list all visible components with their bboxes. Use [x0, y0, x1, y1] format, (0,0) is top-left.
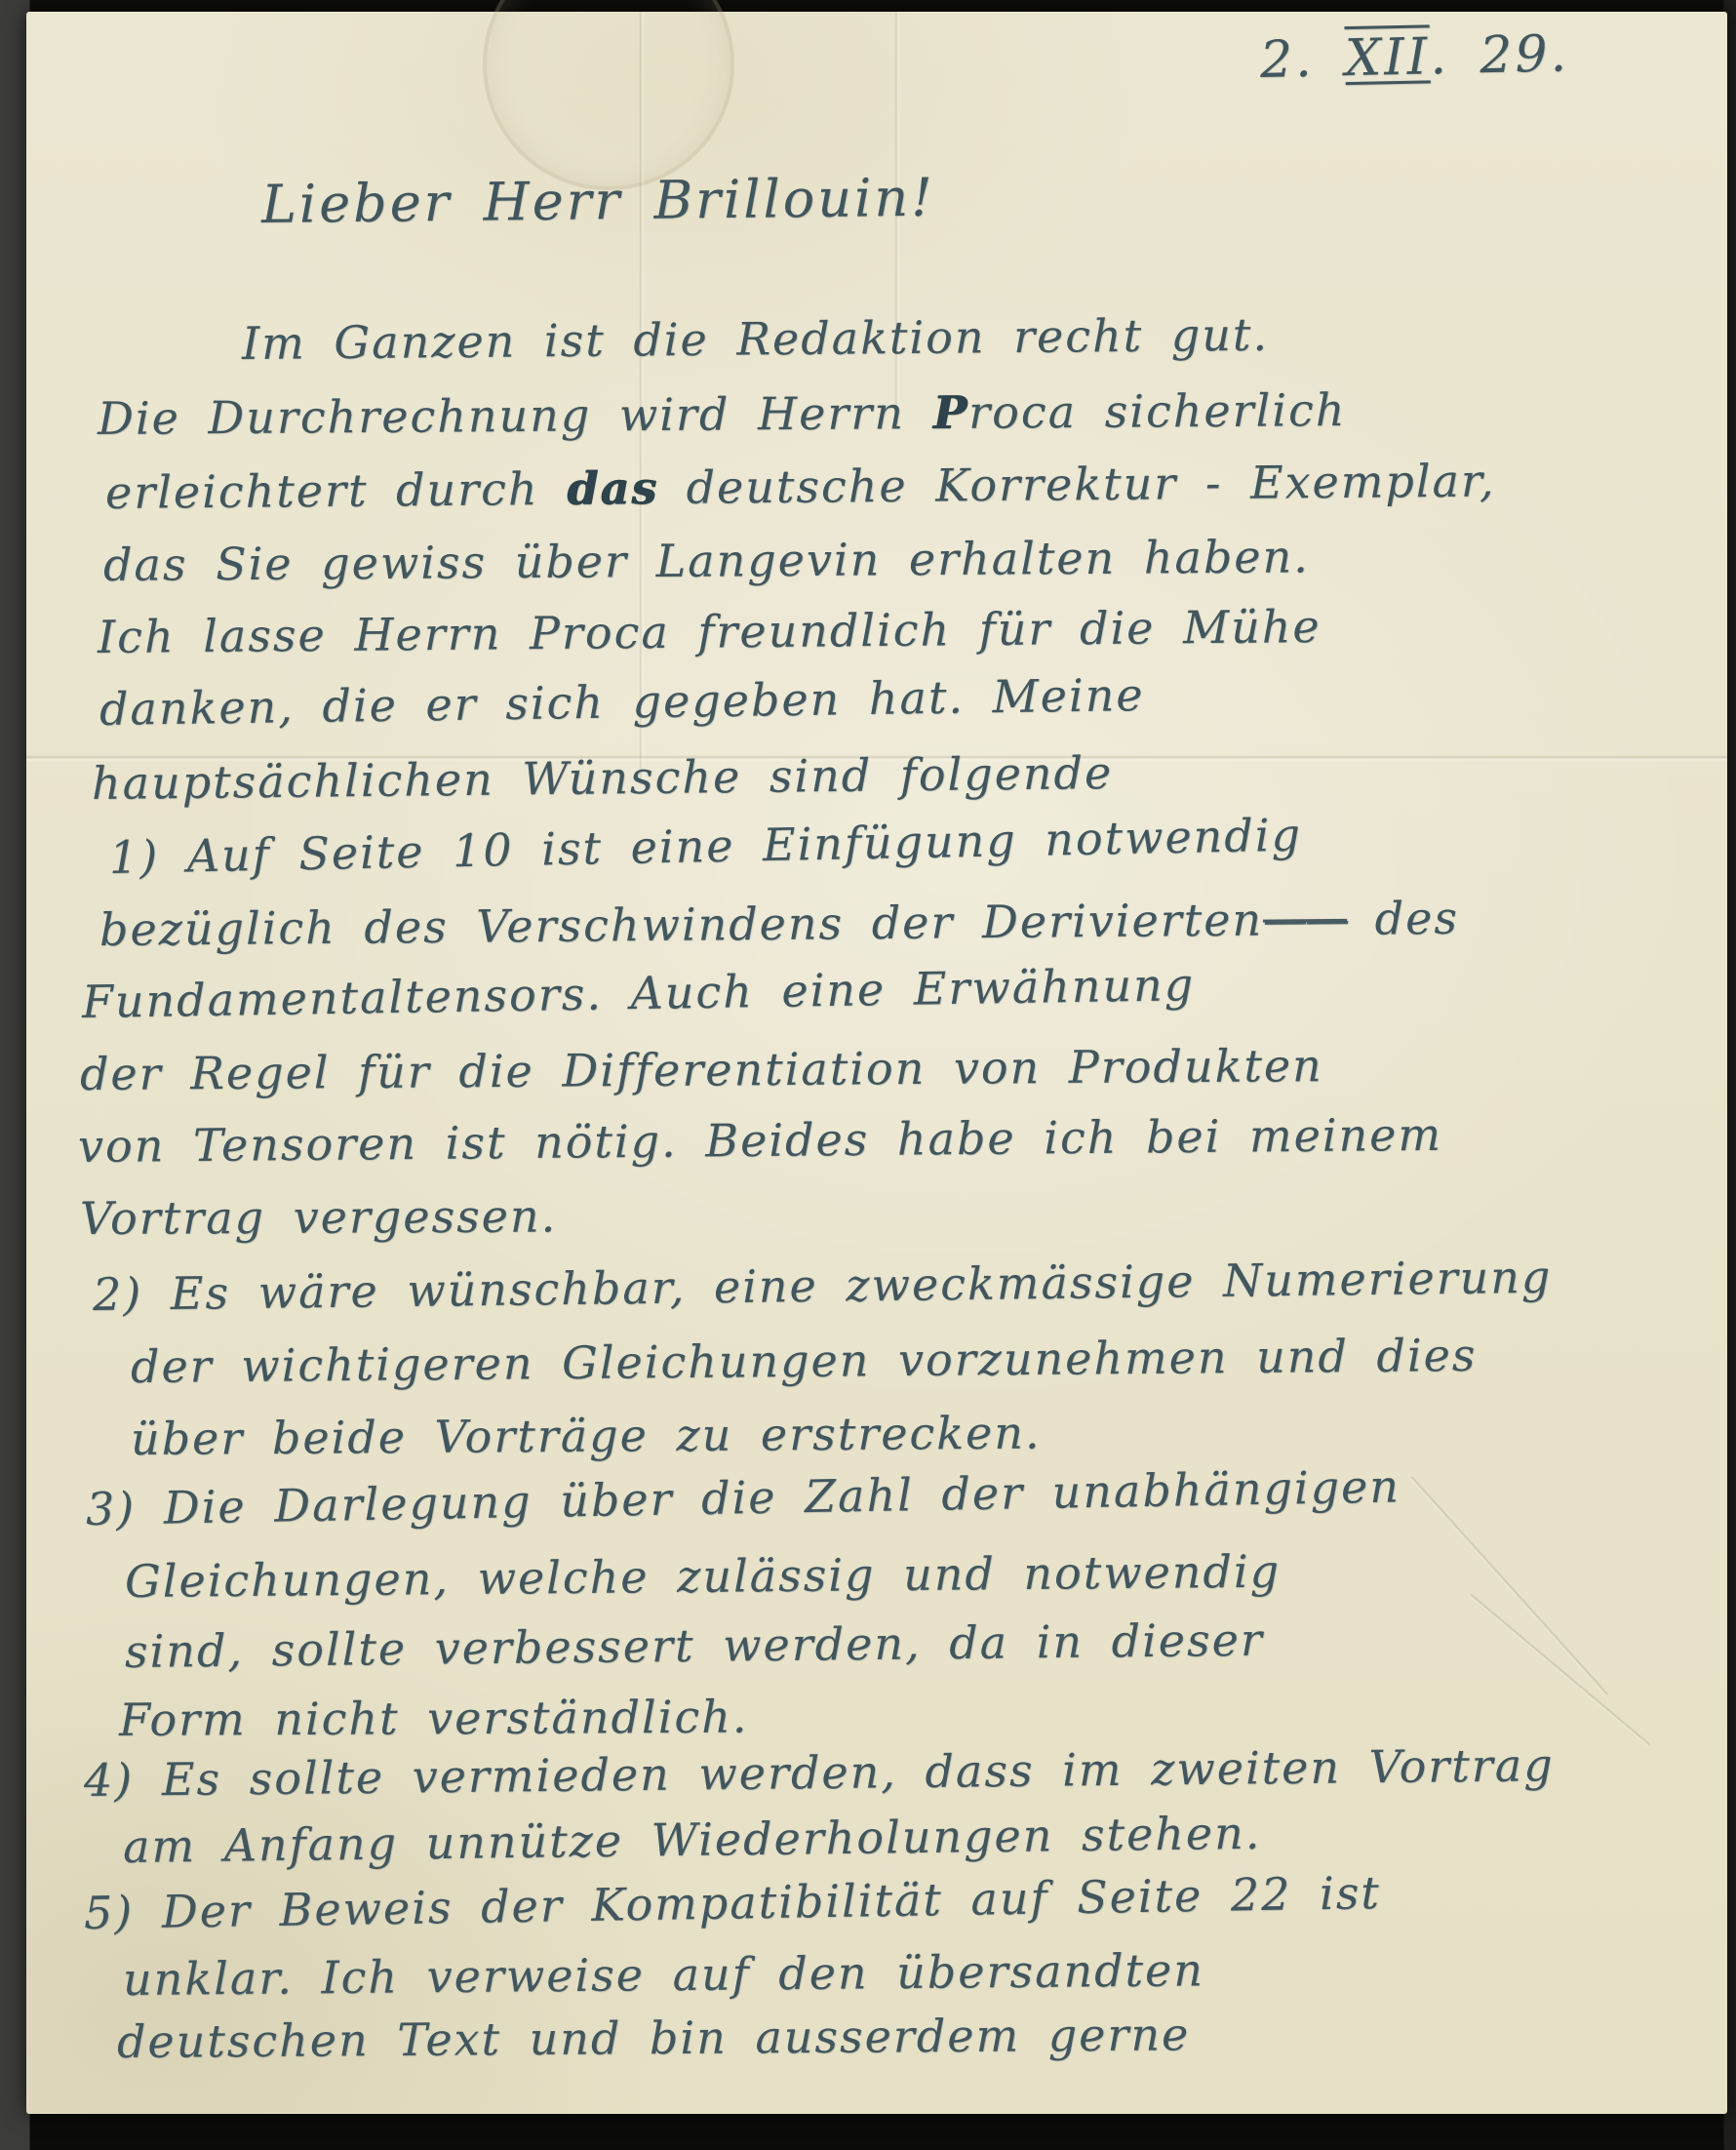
line-segment: des: [1347, 892, 1459, 945]
line-segment: deutsche Korrektur - Exemplar,: [658, 455, 1496, 514]
letter-line: Fundamentaltensors. Auch eine Erwähnung: [82, 958, 1196, 1028]
letter-line: 5) Der Beweis der Kompatibilität auf Sei…: [84, 1866, 1382, 1939]
overwritten-word: das: [567, 461, 658, 515]
date-year: . 29.: [1430, 24, 1570, 86]
line-segment: erleichtert durch: [105, 462, 568, 519]
letter-line: 3) Die Darlegung über die Zahl der unabh…: [86, 1459, 1401, 1535]
letter-line: Im Ganzen ist die Redaktion recht gut.: [242, 308, 1269, 370]
letter-line: bezüglich des Verschwindens der Derivier…: [99, 892, 1459, 956]
letter-line: erleichtert durch das deutsche Korrektur…: [105, 455, 1496, 519]
date-month-roman: XII: [1345, 27, 1431, 88]
letter-line: unklar. Ich verweise auf den übersandten: [123, 1943, 1204, 2006]
strikeout-mark: ——: [1263, 893, 1347, 946]
letter-line: 2) Es wäre wünschbar, eine zweckmässige …: [93, 1251, 1553, 1321]
letter-line: der Regel für die Differentiation von Pr…: [80, 1039, 1323, 1100]
letter-line: 4) Es sollte vermieden werden, dass im z…: [84, 1738, 1555, 1807]
date-day: 2.: [1259, 30, 1315, 90]
letter-line: Form nicht verständlich.: [119, 1691, 749, 1746]
handwriting-layer: 2. XII. 29. Lieber Herr Brillouin! Im Ga…: [0, 0, 1736, 2150]
line-segment: roca sicherlich: [968, 383, 1347, 439]
letter-line: Gleichungen, welche zulässig und notwend…: [125, 1545, 1281, 1608]
line-segment: bezüglich des Verschwindens der Derivier…: [99, 894, 1264, 956]
letter-line: das Sie gewiss über Langevin erhalten ha…: [103, 530, 1310, 591]
letter-line: sind, sollte verbessert werden, da in di…: [125, 1613, 1264, 1678]
letter-line: danken, die er sich gegeben hat. Meine: [99, 668, 1145, 736]
line-segment: Die Durchrechnung wird Herrn: [98, 386, 933, 445]
letter-line: von Tensoren ist nötig. Beides habe ich …: [78, 1108, 1442, 1173]
letter-date: 2. XII. 29.: [1259, 24, 1569, 90]
letter-line: Vortrag vergessen.: [80, 1189, 557, 1245]
letter-scan: 2. XII. 29. Lieber Herr Brillouin! Im Ga…: [0, 0, 1736, 2150]
letter-line: hauptsächlichen Wünsche sind folgende: [92, 746, 1114, 810]
letter-line: 1) Auf Seite 10 ist eine Einfügung notwe…: [108, 809, 1302, 884]
letter-line: über beide Vorträge zu erstrecken.: [131, 1406, 1042, 1465]
salutation: Lieber Herr Brillouin!: [261, 167, 935, 235]
letter-line: am Anfang unnütze Wiederholungen stehen.: [123, 1807, 1262, 1873]
letter-line: deutschen Text und bin ausserdem gerne: [117, 2008, 1191, 2068]
letter-line: der wichtigeren Gleichungen vorzunehmen …: [131, 1329, 1478, 1393]
overwritten-word: P: [932, 386, 968, 439]
letter-line: Die Durchrechnung wird Herrn Proca siche…: [98, 383, 1347, 445]
letter-line: Ich lasse Herrn Proca freundlich für die…: [98, 600, 1322, 663]
